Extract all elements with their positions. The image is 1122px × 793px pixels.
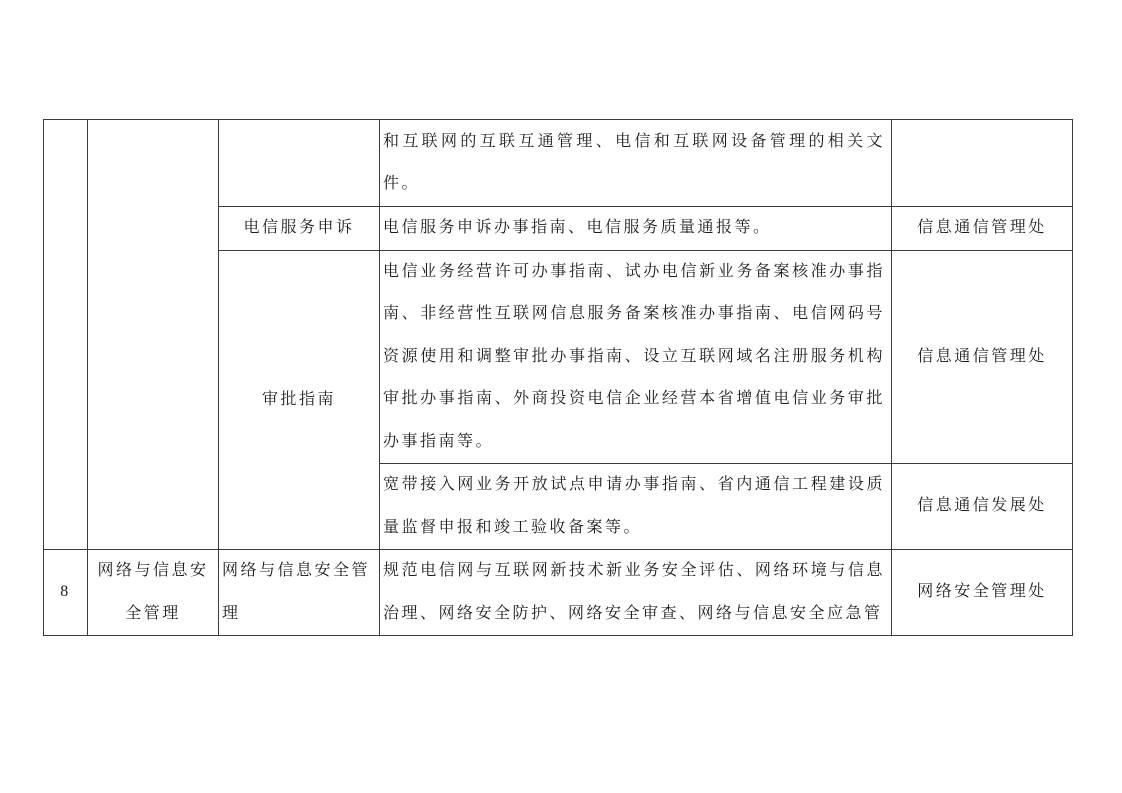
category-cell: 网络与信息安全管理 [88,550,219,636]
content-cell: 规范电信网与互联网新技术新业务安全评估、网络环境与信息治理、网络安全防护、网络安… [380,550,892,636]
content-cell: 电信业务经营许可办事指南、试办电信新业务备案核准办事指南、非经营性互联网信息服务… [380,250,892,464]
content-cell: 宽带接入网业务开放试点申请办事指南、省内通信工程建设质量监督申报和竣工验收备案等… [380,464,892,550]
subcategory-cell: 电信服务申诉 [219,207,380,251]
responsibilities-table: 和互联网的互联互通管理、电信和互联网设备管理的相关文件。 电信服务申诉 电信服务… [43,119,1073,636]
department-cell: 信息通信管理处 [892,250,1073,464]
department-cell: 信息通信管理处 [892,207,1073,251]
content-cell: 和互联网的互联互通管理、电信和互联网设备管理的相关文件。 [380,120,892,207]
subcategory-cell: 审批指南 [219,250,380,550]
content-cell: 电信服务申诉办事指南、电信服务质量通报等。 [380,207,892,251]
row-index-cell [44,120,88,550]
department-cell: 信息通信发展处 [892,464,1073,550]
subcategory-cell: 网络与信息安全管理 [219,550,380,636]
table-row: 8 网络与信息安全管理 网络与信息安全管理 规范电信网与互联网新技术新业务安全评… [44,550,1073,636]
department-cell [892,120,1073,207]
category-cell [88,120,219,550]
row-index-cell: 8 [44,550,88,636]
subcategory-cell [219,120,380,207]
department-cell: 网络安全管理处 [892,550,1073,636]
table-row: 和互联网的互联互通管理、电信和互联网设备管理的相关文件。 [44,120,1073,207]
document-page: 和互联网的互联互通管理、电信和互联网设备管理的相关文件。 电信服务申诉 电信服务… [0,0,1122,793]
